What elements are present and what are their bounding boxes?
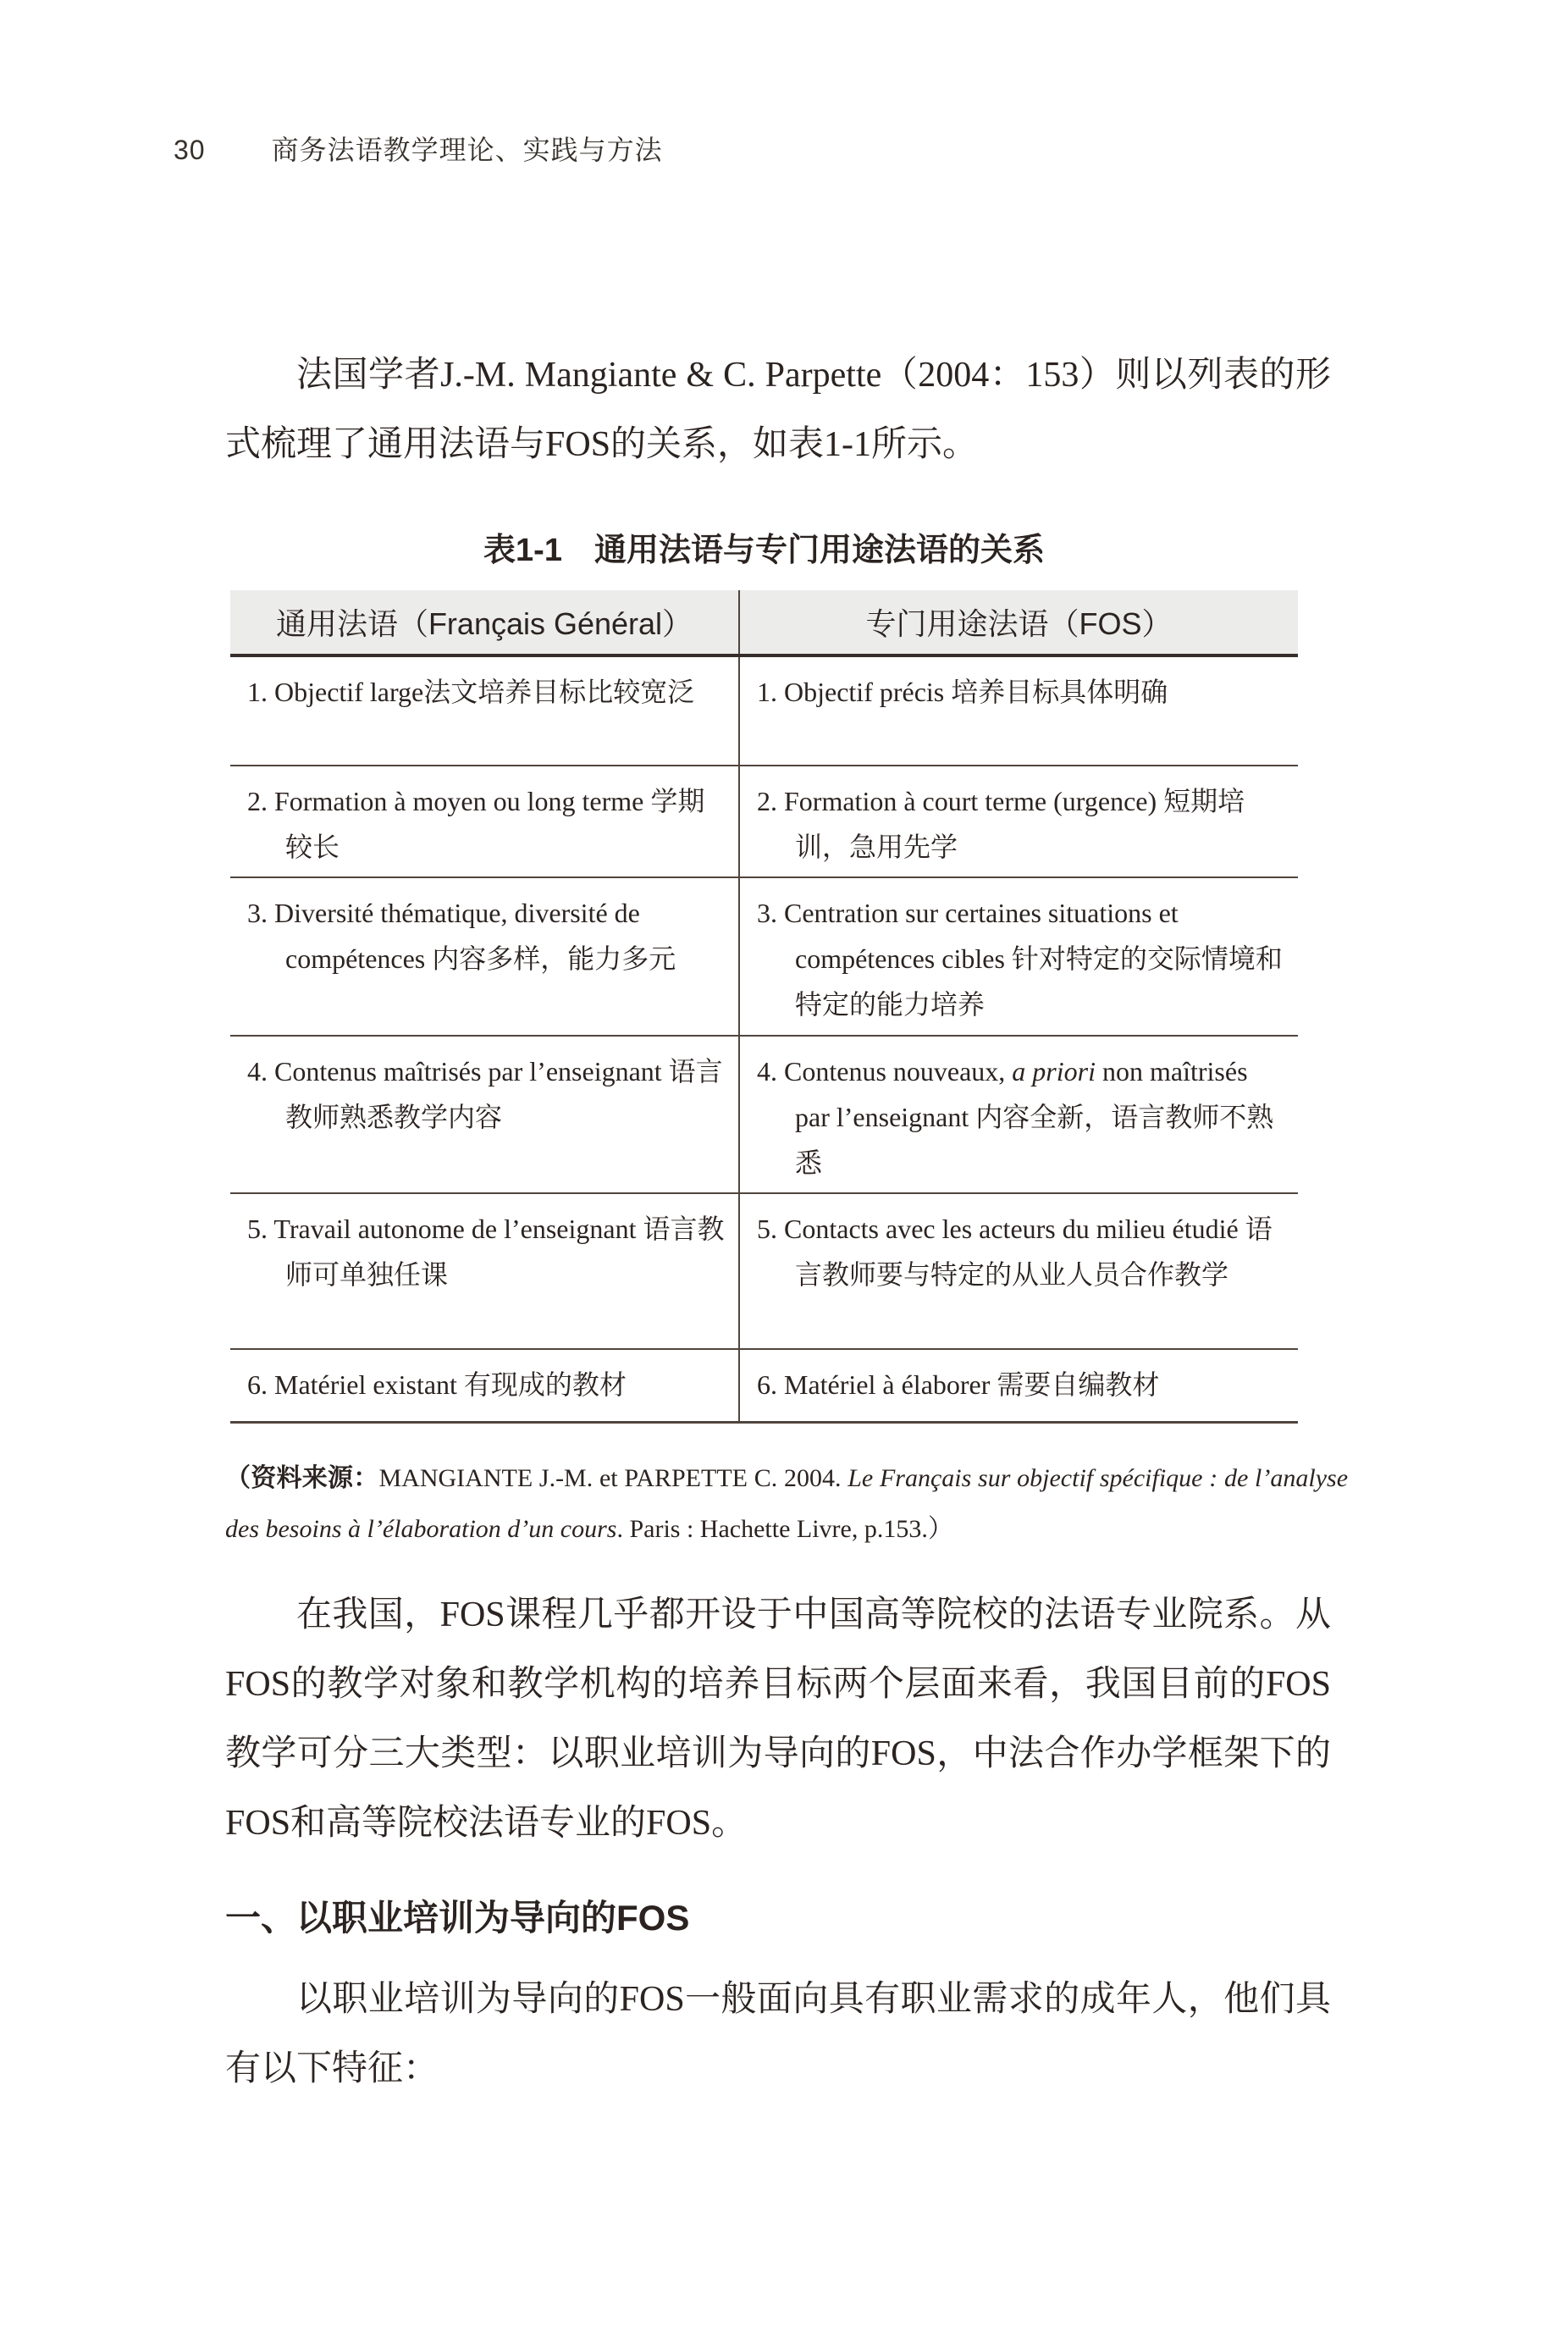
cell-text: 5. Contacts avec les acteurs du milieu é… <box>757 1206 1286 1297</box>
table-row: 4. Contenus maîtrisés par l’enseignant 语… <box>230 1036 1298 1193</box>
cell-text: 2. Formation à court terme (urgence) 短期培… <box>757 778 1286 870</box>
vocational-intro-paragraph: 以职业培训为导向的FOS一般面向具有职业需求的成年人，他们具有以下特征： <box>225 1965 1331 2104</box>
table-cell: 4. Contenus nouveaux, a priori non maîtr… <box>739 1036 1298 1193</box>
comparison-table: 通用法语（Français Général） 专门用途法语（FOS） 1. Ob… <box>230 590 1298 1424</box>
table-row: 2. Formation à moyen ou long terme 学期较长 … <box>230 766 1298 877</box>
table-row: 5. Travail autonome de l’enseignant 语言教师… <box>230 1193 1298 1349</box>
column-header-fos: 专门用途法语（FOS） <box>739 590 1298 655</box>
column-header-francais-general: 通用法语（Français Général） <box>230 590 739 655</box>
cell-text: 6. Matériel existant 有现成的教材 <box>247 1362 726 1407</box>
table-cell: 1. Objectif précis 培养目标具体明确 <box>739 655 1298 766</box>
book-page: 30 商务法语教学理论、实践与方法 法国学者J.-M. Mangiante & … <box>0 0 1568 2328</box>
table-cell: 4. Contenus maîtrisés par l’enseignant 语… <box>230 1036 739 1193</box>
page-number: 30 <box>174 135 206 166</box>
table-row: 3. Diversité thématique, diversité de co… <box>230 877 1298 1036</box>
table-cell: 1. Objectif large法文培养目标比较宽泛 <box>230 655 739 766</box>
table-cell: 2. Formation à court terme (urgence) 短期培… <box>739 766 1298 877</box>
cell-text: 3. Diversité thématique, diversité de co… <box>247 890 726 982</box>
table-cell: 3. Centration sur certaines situations e… <box>739 877 1298 1036</box>
running-header: 30 商务法语教学理论、实践与方法 <box>174 129 663 168</box>
section-heading-vocational-fos: 一、以职业培训为导向的FOS <box>225 1890 689 1941</box>
cell-text: 5. Travail autonome de l’enseignant 语言教师… <box>247 1206 726 1297</box>
table-row: 6. Matériel existant 有现成的教材 6. Matériel … <box>230 1349 1298 1422</box>
cell-text: 4. Contenus nouveaux, a priori non maîtr… <box>757 1048 1286 1186</box>
table-cell: 2. Formation à moyen ou long terme 学期较长 <box>230 766 739 877</box>
domestic-overview-paragraph: 在我国，FOS课程几乎都开设于中国高等院校的法语专业院系。从FOS的教学对象和教… <box>225 1580 1331 1858</box>
table-row: 1. Objectif large法文培养目标比较宽泛 1. Objectif … <box>230 655 1298 766</box>
table-source-note: （资料来源：MANGIANTE J.-M. et PARPETTE C. 200… <box>225 1453 1348 1555</box>
running-title: 商务法语教学理论、实践与方法 <box>272 129 663 168</box>
cell-text: 3. Centration sur certaines situations e… <box>757 890 1286 1027</box>
table-cell: 6. Matériel à élaborer 需要自编教材 <box>739 1349 1298 1422</box>
cell-text: 1. Objectif large法文培养目标比较宽泛 <box>247 669 726 715</box>
cell-text: 1. Objectif précis 培养目标具体明确 <box>757 669 1286 715</box>
table-header-row: 通用法语（Français Général） 专门用途法语（FOS） <box>230 590 1298 655</box>
cell-text: 2. Formation à moyen ou long terme 学期较长 <box>247 778 726 870</box>
table-cell: 6. Matériel existant 有现成的教材 <box>230 1349 739 1422</box>
table-caption: 表1-1 通用法语与专门用途法语的关系 <box>230 523 1298 570</box>
cell-text: 6. Matériel à élaborer 需要自编教材 <box>757 1362 1286 1407</box>
table-cell: 5. Travail autonome de l’enseignant 语言教师… <box>230 1193 739 1349</box>
cell-text: 4. Contenus maîtrisés par l’enseignant 语… <box>247 1048 726 1140</box>
intro-paragraph: 法国学者J.-M. Mangiante & C. Parpette（2004：1… <box>225 340 1331 479</box>
table-cell: 3. Diversité thématique, diversité de co… <box>230 877 739 1036</box>
table-cell: 5. Contacts avec les acteurs du milieu é… <box>739 1193 1298 1349</box>
